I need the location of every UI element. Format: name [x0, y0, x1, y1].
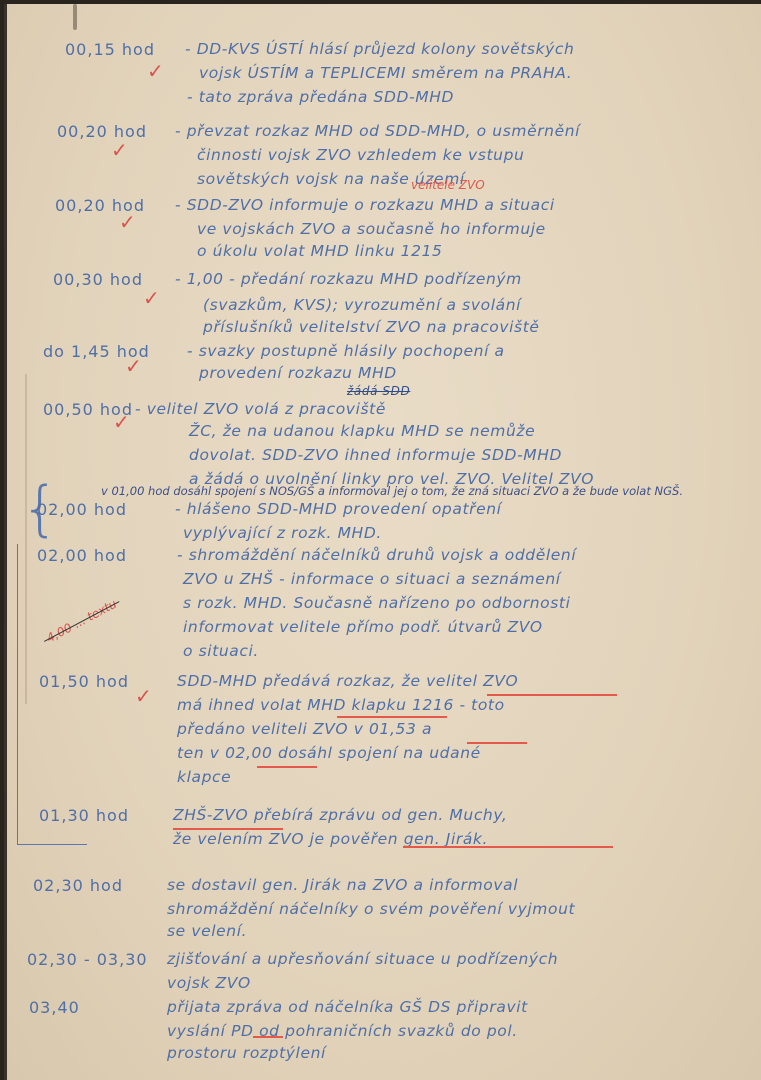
entry-line: - převzat rozkaz MHD od SDD-MHD, o usměr…	[175, 122, 580, 140]
entry-line: klapce	[177, 768, 231, 786]
entry-line: předáno veliteli ZVO v 01,53 a	[177, 720, 432, 738]
entry-line: dovolat. SDD-ZVO ihned informuje SDD-MHD	[189, 446, 562, 464]
entry-line: vyplývající z rozk. MHD.	[183, 524, 382, 542]
red-annotation: velitele ZVO	[411, 178, 485, 192]
entry-line: SDD-MHD předává rozkaz, že velitel ZVO	[177, 672, 518, 690]
entry-line: o úkolu volat MHD linku 1215	[197, 242, 443, 260]
entry-line: provedení rozkazu MHD	[199, 364, 397, 382]
entry-line: zjišťování a upřesňování situace u podří…	[167, 950, 558, 968]
entry-line: činnosti vojsk ZVO vzhledem ke vstupu	[197, 146, 524, 164]
red-underline	[173, 828, 283, 830]
red-underline	[487, 694, 617, 696]
red-underline	[467, 742, 527, 744]
red-underline	[403, 846, 613, 848]
entry-time: 00,20 hod	[57, 122, 147, 141]
entry-line: - tato zpráva předána SDD-MHD	[187, 88, 454, 106]
entry-line: ŽC, že na udanou klapku MHD se nemůže	[189, 422, 535, 440]
entry-line: - velitel ZVO volá z pracoviště	[135, 400, 386, 418]
document-page: 00,15 hod - DD-KVS ÚSTÍ hlásí průjezd ko…	[4, 4, 761, 1080]
entry-line: - hlášeno SDD-MHD provedení opatření	[175, 500, 502, 518]
entry-time: 02,00 hod	[37, 500, 127, 519]
struck-text: žádá SDD	[347, 384, 410, 398]
red-underline	[337, 716, 447, 718]
checkmark-icon: ✓	[111, 138, 128, 162]
entry-time: 00,30 hod	[53, 270, 143, 289]
entry-time: 00,15 hod	[65, 40, 155, 59]
red-underline	[257, 766, 317, 768]
entry-line: informovat velitele přímo podř. útvarů Z…	[183, 618, 543, 636]
entry-line: ZVO u ZHŠ - informace o situaci a seznám…	[183, 570, 561, 588]
connector-arrow-icon	[17, 844, 87, 845]
entry-line: ten v 02,00 dosáhl spojení na udané	[177, 744, 481, 762]
entry-time: 03,40	[29, 998, 80, 1017]
entry-time: 02,30 hod	[33, 876, 123, 895]
checkmark-icon: ✓	[147, 59, 164, 83]
checkmark-icon: ✓	[125, 354, 142, 378]
entry-time: 01,30 hod	[39, 806, 129, 825]
entry-time: 02,00 hod	[37, 546, 127, 565]
red-underline	[253, 1036, 283, 1038]
entry-line: příslušníků velitelství ZVO na pracovišt…	[203, 318, 540, 336]
paper-tear	[73, 4, 77, 30]
entry-line: s rozk. MHD. Současně nařízeno po odborn…	[183, 594, 571, 612]
entry-line: se velení.	[167, 922, 247, 940]
entry-line: má ihned volat MHD klapku 1216 - toto	[177, 696, 505, 714]
entry-line: - DD-KVS ÚSTÍ hlásí průjezd kolony sovět…	[185, 40, 574, 58]
entry-line: o situaci.	[183, 642, 259, 660]
entry-line: vojsk ZVO	[167, 974, 251, 992]
checkmark-icon: ✓	[135, 684, 152, 708]
entry-line: se dostavil gen. Jirák na ZVO a informov…	[167, 876, 518, 894]
entry-line: (svazkům, KVS); vyrozumění a svolání	[203, 296, 521, 314]
entry-line: shromáždění náčelníky o svém pověření vy…	[167, 900, 575, 918]
entry-line: - shromáždění náčelníků druhů vojsk a od…	[177, 546, 576, 564]
entry-line: - SDD-ZVO informuje o rozkazu MHD a situ…	[175, 196, 555, 214]
inserted-note: v 01,00 hod dosáhl spojení s NOS/GŠ a in…	[101, 484, 683, 498]
entry-line: - 1,00 - předání rozkazu MHD podřízeným	[175, 270, 522, 288]
checkmark-icon: ✓	[119, 210, 136, 234]
entry-line: ve vojskách ZVO a současně ho informuje	[197, 220, 546, 238]
connector-line	[17, 544, 18, 844]
entry-line: prostoru rozptýlení	[167, 1044, 326, 1062]
checkmark-icon: ✓	[113, 410, 130, 434]
entry-time: 01,50 hod	[39, 672, 129, 691]
entry-time: 02,30 - 03,30	[27, 950, 148, 969]
entry-line: vyslání PD od pohraničních svazků do pol…	[167, 1022, 518, 1040]
entry-line: - svazky postupně hlásily pochopení a	[187, 342, 505, 360]
entry-line: vojsk ÚSTÍM a TEPLICEMI směrem na PRAHA.	[199, 64, 572, 82]
cancelled-annotation: 4,00 ... textu	[44, 597, 119, 646]
checkmark-icon: ✓	[143, 286, 160, 310]
entry-line: ZHŠ-ZVO přebírá zprávu od gen. Muchy,	[173, 806, 507, 824]
entry-line: přijata zpráva od náčelníka GŠ DS připra…	[167, 998, 528, 1016]
